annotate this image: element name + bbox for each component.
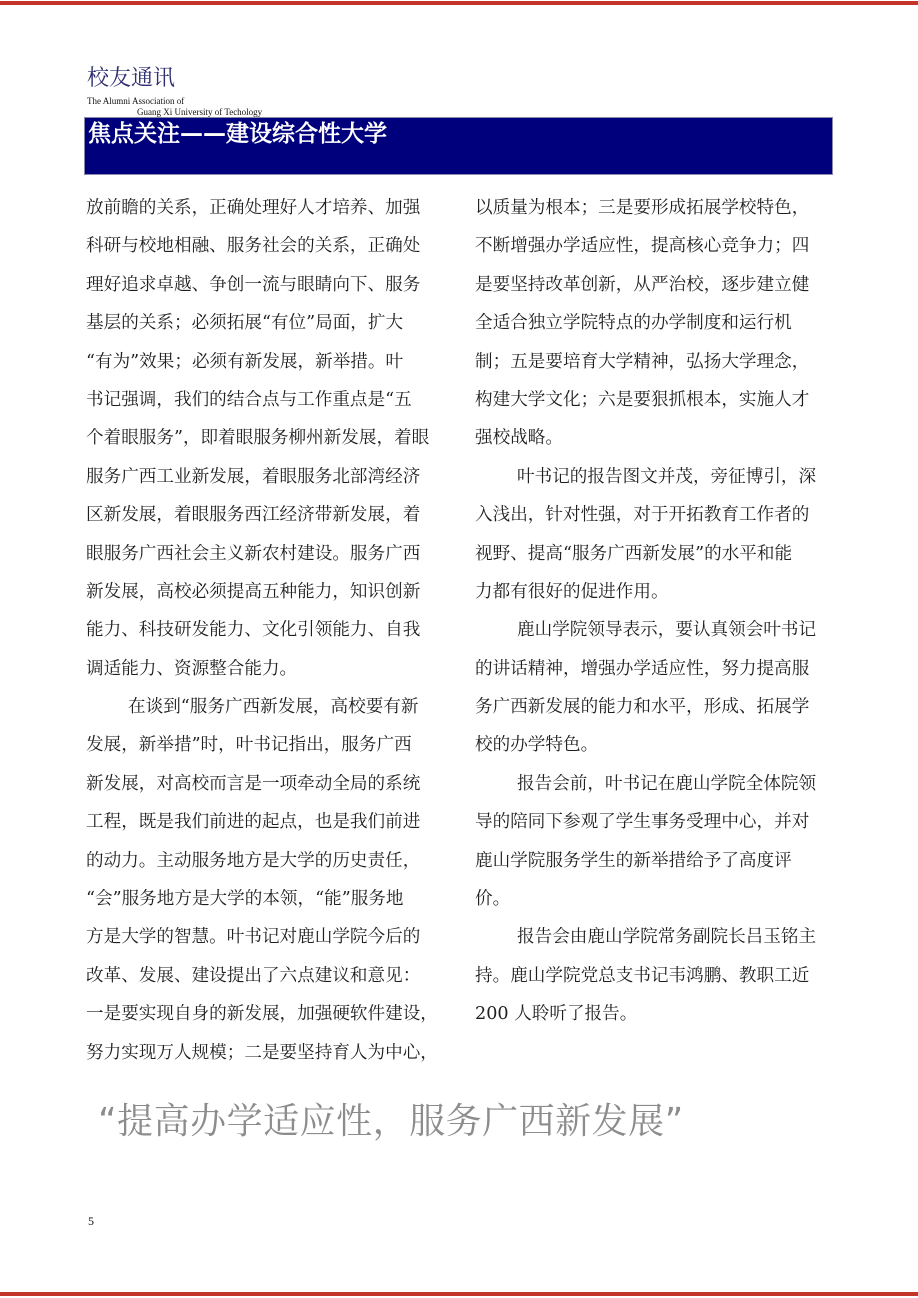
text-line: 服务广西工业新发展，着眼服务北部湾经济 [86, 458, 444, 496]
text-line: 全适合独立学院特点的办学制度和运行机 [475, 304, 833, 342]
masthead-title: 校友通讯 [87, 66, 175, 92]
text-line: 是要坚持改革创新，从严治校，逐步建立健 [475, 266, 833, 304]
text-line: “有为”效果；必须有新发展，新举措。叶 [86, 343, 444, 381]
paragraph-start-line: 在谈到“服务广西新发展，高校要有新 [86, 688, 444, 726]
page-number: 5 [88, 1214, 94, 1228]
paragraph-start-line: 报告会由鹿山学院常务副院长吕玉铭主 [475, 918, 833, 956]
masthead-subtitle-line1: The Alumni Association of [87, 96, 184, 106]
paragraph-start-line: 叶书记的报告图文并茂，旁征博引，深 [475, 458, 833, 496]
text-line: 不断增强办学适应性，提高核心竞争力；四 [475, 227, 833, 265]
text-line: 调适能力、资源整合能力。 [86, 650, 444, 688]
text-line: 努力实现万人规模；二是要坚持育人为中心， [86, 1034, 444, 1072]
text-line: 一是要实现自身的新发展，加强硬软件建设， [86, 995, 444, 1033]
top-red-rule [0, 1, 918, 5]
text-line: 强校战略。 [475, 419, 833, 457]
text-line: 新发展，对高校而言是一项牵动全局的系统 [86, 765, 444, 803]
text-line: 入浅出，针对性强，对于开拓教育工作者的 [475, 496, 833, 534]
text-line: 书记强调，我们的结合点与工作重点是“五 [86, 381, 444, 419]
text-line: 以质量为根本；三是要形成拓展学校特色， [475, 189, 833, 227]
text-line: 工程，既是我们前进的起点，也是我们前进 [86, 803, 444, 841]
text-line: 基层的关系；必须拓展“有位”局面，扩大 [86, 304, 444, 342]
text-line: 新发展，高校必须提高五种能力，知识创新 [86, 573, 444, 611]
text-line: 区新发展，着眼服务西江经济带新发展，着 [86, 496, 444, 534]
text-line: 务广西新发展的能力和水平，形成、拓展学 [475, 688, 833, 726]
paragraph-start-line: 报告会前，叶书记在鹿山学院全体院领 [475, 765, 833, 803]
text-line: 放前瞻的关系，正确处理好人才培养、加强 [86, 189, 444, 227]
text-line: 力都有很好的促进作用。 [475, 573, 833, 611]
left-text-column: 放前瞻的关系，正确处理好人才培养、加强 科研与校地相融、服务社会的关系，正确处 … [86, 189, 444, 1072]
pull-quote: “提高办学适应性，服务广西新发展” [98, 1098, 684, 1146]
section-banner: 焦点关注——建设综合性大学 [85, 118, 832, 174]
text-line: 能力、科技研发能力、文化引领能力、自我 [86, 611, 444, 649]
text-line: 的动力。主动服务地方是大学的历史责任， [86, 842, 444, 880]
text-line: 个着眼服务”，即着眼服务柳州新发展，着眼 [86, 419, 444, 457]
text-line: 视野、提高“服务广西新发展”的水平和能 [475, 535, 833, 573]
section-title: 焦点关注——建设综合性大学 [88, 120, 387, 148]
text-line: 改革、发展、建设提出了六点建议和意见： [86, 957, 444, 995]
text-line: 发展，新举措”时，叶书记指出，服务广西 [86, 726, 444, 764]
paragraph-start-line: 鹿山学院领导表示，要认真领会叶书记 [475, 611, 833, 649]
right-text-column: 以质量为根本；三是要形成拓展学校特色， 不断增强办学适应性，提高核心竞争力；四 … [475, 189, 833, 1034]
text-line: 方是大学的智慧。叶书记对鹿山学院今后的 [86, 918, 444, 956]
text-line: 科研与校地相融、服务社会的关系，正确处 [86, 227, 444, 265]
text-line: 持。鹿山学院党总支书记韦鸿鹏、教职工近 [475, 957, 833, 995]
text-line: 价。 [475, 880, 833, 918]
text-line: 眼服务广西社会主义新农村建设。服务广西 [86, 535, 444, 573]
text-line: 的讲话精神，增强办学适应性，努力提高服 [475, 650, 833, 688]
text-line: 制；五是要培育大学精神，弘扬大学理念， [475, 343, 833, 381]
bottom-red-rule [0, 1292, 918, 1296]
text-line: “会”服务地方是大学的本领，“能”服务地 [86, 880, 444, 918]
text-line: 200 人聆听了报告。 [475, 995, 833, 1033]
text-line: 校的办学特色。 [475, 726, 833, 764]
masthead-subtitle-line2: Guang Xi University of Techology [137, 107, 262, 117]
text-line: 导的陪同下参观了学生事务受理中心，并对 [475, 803, 833, 841]
text-line: 鹿山学院服务学生的新举措给予了高度评 [475, 842, 833, 880]
text-line: 理好追求卓越、争创一流与眼睛向下、服务 [86, 266, 444, 304]
text-line: 构建大学文化；六是要狠抓根本，实施人才 [475, 381, 833, 419]
